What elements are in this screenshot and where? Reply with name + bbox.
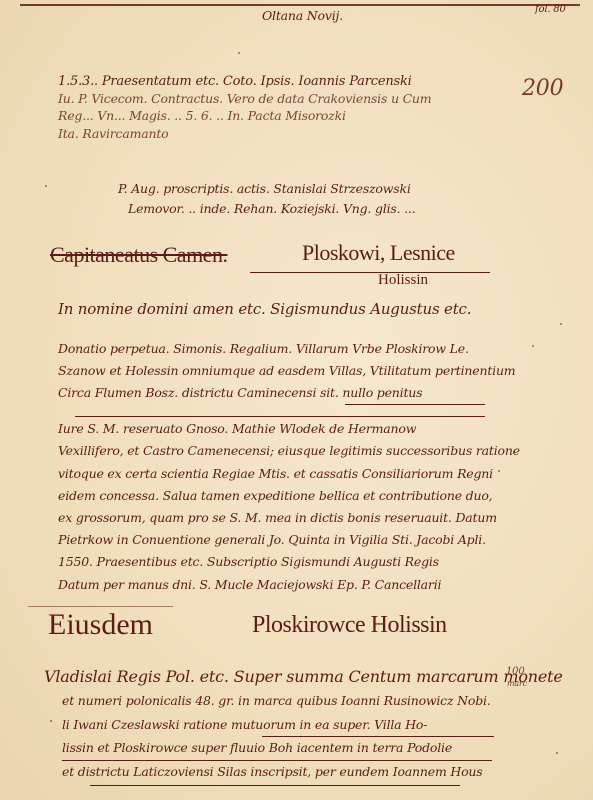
- section1-underline-1: [345, 404, 485, 405]
- section1-line-11: Pietrkow in Conuentione generali Jo. Qui…: [58, 532, 486, 547]
- ink-speck: [50, 720, 52, 722]
- section2-line-1: Vladislai Regis Pol. etc. Super summa Ce…: [44, 667, 563, 686]
- note-line-2: Lemovor. .. inde. Rehan. Koziejski. Vng.…: [128, 201, 415, 216]
- ink-speck: [498, 470, 500, 472]
- entry1-line-4: Ita. Ravircamanto: [58, 126, 169, 141]
- section1-line-12: 1550. Praesentibus etc. Subscriptio Sigi…: [58, 554, 439, 569]
- ink-speck: [560, 323, 562, 325]
- section2-heading-left: Eiusdem: [48, 608, 153, 642]
- manuscript-page: Oltana Novij. fol. 80 1.5.3.. Praesentat…: [0, 0, 593, 800]
- margin-amount-200: 200: [522, 76, 563, 101]
- section2-heading-right: Ploskirowce Holissin: [252, 612, 447, 639]
- section1-heading-sub: Holissin: [378, 272, 428, 289]
- section1-heading-right: Ploskowi, Lesnice: [302, 240, 455, 266]
- entry1-line-2: Iu. P. Vicecom. Contractus. Vero de data…: [58, 91, 431, 106]
- section1-underline-2: [75, 416, 485, 417]
- entry1-line-3: Reg... Vn... Magis. .. 5. 6. .. In. Pact…: [58, 108, 346, 123]
- ink-speck: [45, 185, 47, 187]
- section2-line-2: et numeri polonicalis 48. gr. in marca q…: [62, 693, 491, 708]
- section1-line-1: In nomine domini amen etc. Sigismundus A…: [58, 300, 471, 318]
- section1-line-7: Vexillifero, et Castro Camenecensi; eius…: [58, 443, 520, 458]
- section1-line-3: Donatio perpetua. Simonis. Regalium. Vil…: [58, 341, 469, 356]
- section1-heading-left-text: Capitaneatus Camen.: [50, 242, 227, 267]
- running-header: Oltana Novij.: [262, 8, 343, 23]
- folio-number: fol. 80: [535, 4, 566, 15]
- section2-line-4: lissin et Ploskirowce super fluuio Boh i…: [62, 740, 452, 755]
- section1-line-8: vitoque ex certa scientia Regiae Mtis. e…: [58, 466, 493, 481]
- section2-underline-2: [62, 760, 492, 761]
- section2-underline-3: [90, 785, 460, 786]
- section1-heading-underline: [250, 272, 490, 273]
- section1-line-4: Szanow et Holessin omniumque ad easdem V…: [58, 363, 515, 378]
- margin-amount-100: 100: [506, 666, 525, 677]
- top-border-rule: [20, 4, 580, 6]
- ink-speck: [238, 52, 240, 54]
- ink-speck: [556, 752, 558, 754]
- section1-heading-left: Capitaneatus Camen.: [50, 242, 227, 268]
- note-line-1: P. Aug. proscriptis. actis. Stanislai St…: [118, 181, 411, 196]
- section1-line-9: eidem concessa. Salua tamen expeditione …: [58, 488, 492, 503]
- section1-line-6: Iure S. M. reseruato Gnoso. Mathie Wlode…: [58, 421, 416, 436]
- section1-line-10: ex grossorum, quam pro se S. M. mea in d…: [58, 510, 497, 525]
- section1-line-13: Datum per manus dni. S. Mucle Maciejowsk…: [58, 577, 441, 592]
- section2-line-5: et districtu Laticzoviensi Silas inscrip…: [62, 764, 482, 779]
- margin-amount-unit: marc: [507, 679, 527, 688]
- entry1-line-1: 1.5.3.. Praesentatum etc. Coto. Ipsis. I…: [58, 74, 412, 89]
- section2-underline-1: [262, 736, 494, 737]
- ink-speck: [532, 345, 534, 347]
- section1-line-5: Circa Flumen Bosz. districtu Caminecensi…: [58, 385, 422, 400]
- section2-line-3: li Iwani Czeslawski ratione mutuorum in …: [62, 717, 427, 732]
